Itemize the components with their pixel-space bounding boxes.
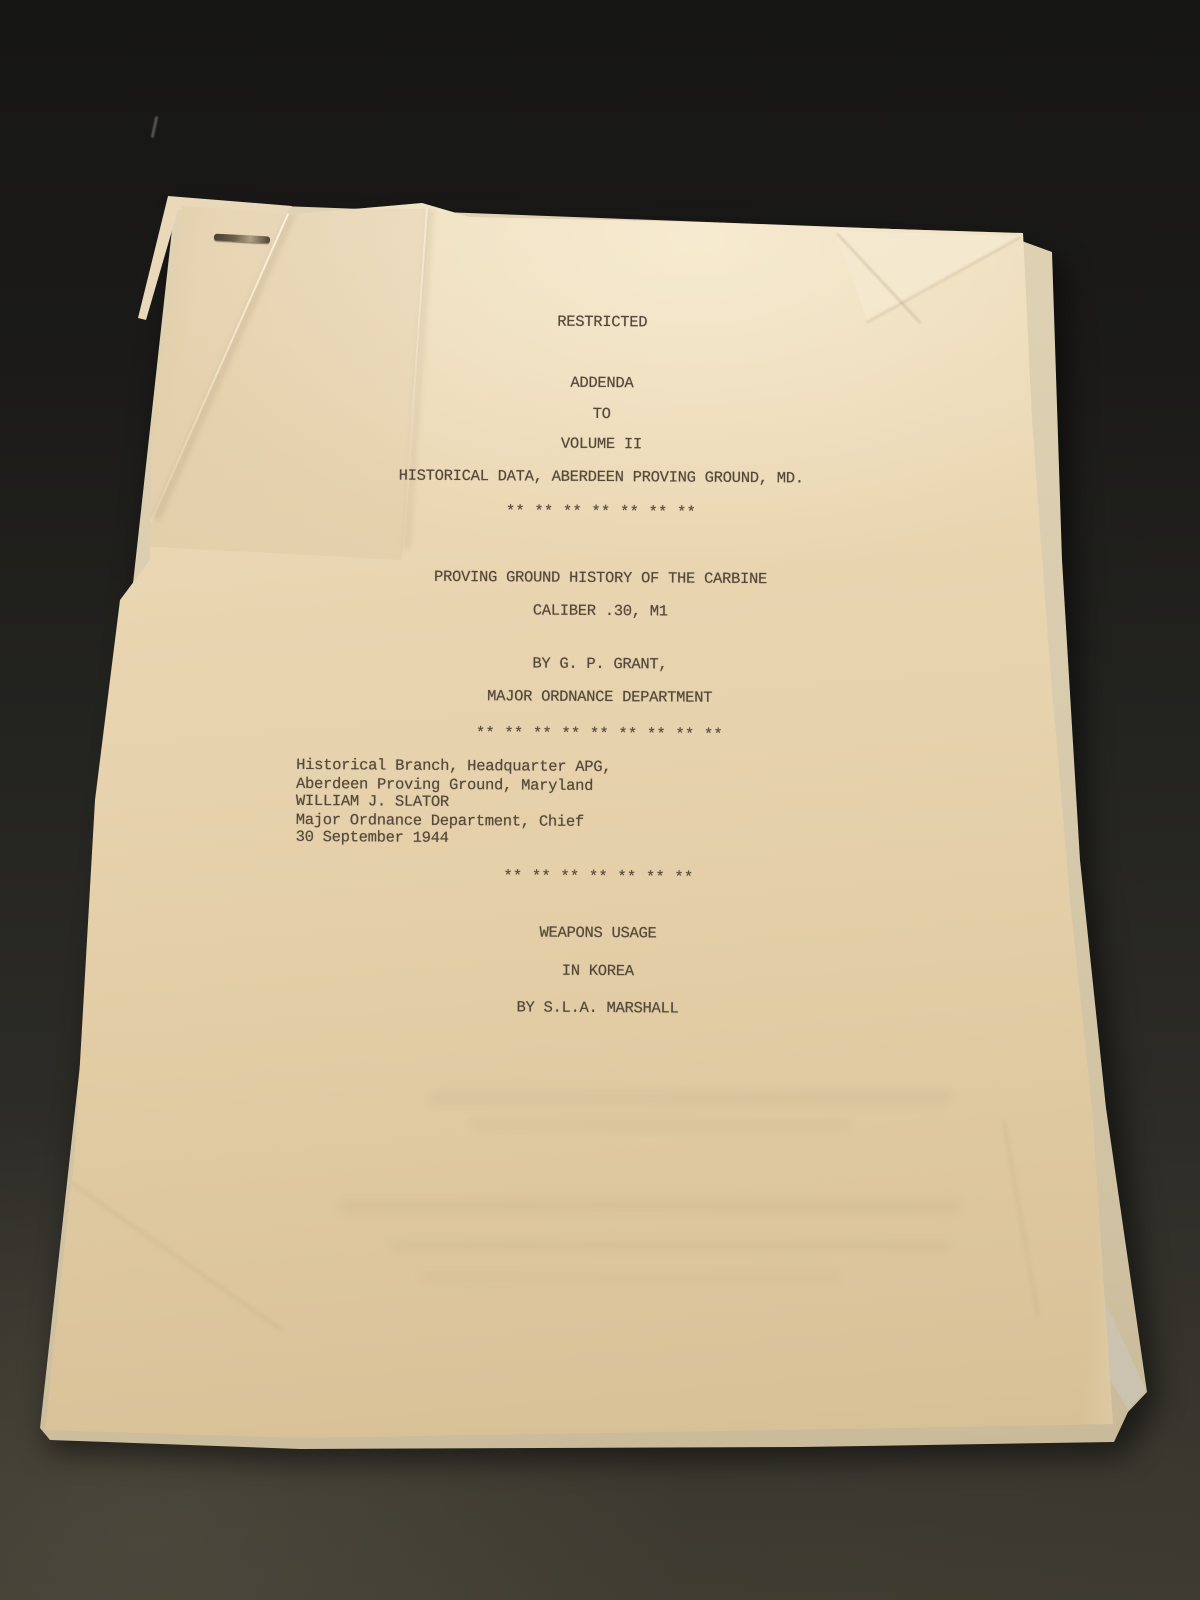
doc-line-title-1: PROVING GROUND HISTORY OF THE CARBINE	[0, 565, 1200, 591]
doc-line-weapons-usage: WEAPONS USAGE	[0, 920, 1198, 946]
doc-line-in-korea: IN KOREA	[0, 958, 1198, 984]
doc-line-stars-1: ** ** ** ** ** ** **	[1, 499, 1200, 525]
doc-line-volume: VOLUME II	[1, 431, 1200, 457]
title-page-sheet: RESTRICTED ADDENDA TO VOLUME II HISTORIC…	[0, 0, 1200, 1600]
doc-line-restricted: RESTRICTED	[2, 309, 1200, 335]
doc-line-name: WILLIAM J. SLATOR	[296, 792, 449, 811]
doc-line-marshall: BY S.L.A. MARSHALL	[0, 995, 1198, 1021]
photo-of-typewritten-document: RESTRICTED ADDENDA TO VOLUME II HISTORIC…	[0, 0, 1200, 1600]
doc-line-author-1: BY G. P. GRANT,	[0, 651, 1200, 677]
doc-line-title-2: CALIBER .30, M1	[0, 598, 1200, 624]
doc-line-stars-2: ** ** ** ** ** ** ** ** **	[0, 721, 1199, 747]
typewritten-text: RESTRICTED ADDENDA TO VOLUME II HISTORIC…	[0, 0, 1200, 1600]
doc-line-branch: Historical Branch, Headquarter APG,	[296, 756, 611, 776]
doc-line-author-2: MAJOR ORDNANCE DEPARTMENT	[0, 684, 1200, 710]
doc-line-stars-3: ** ** ** ** ** ** **	[0, 864, 1198, 890]
doc-line-addenda: ADDENDA	[2, 370, 1200, 396]
doc-line-historical-data: HISTORICAL DATA, ABERDEEN PROVING GROUND…	[1, 464, 1200, 490]
doc-line-to: TO	[2, 401, 1200, 427]
doc-line-date: 30 September 1944	[296, 828, 449, 847]
